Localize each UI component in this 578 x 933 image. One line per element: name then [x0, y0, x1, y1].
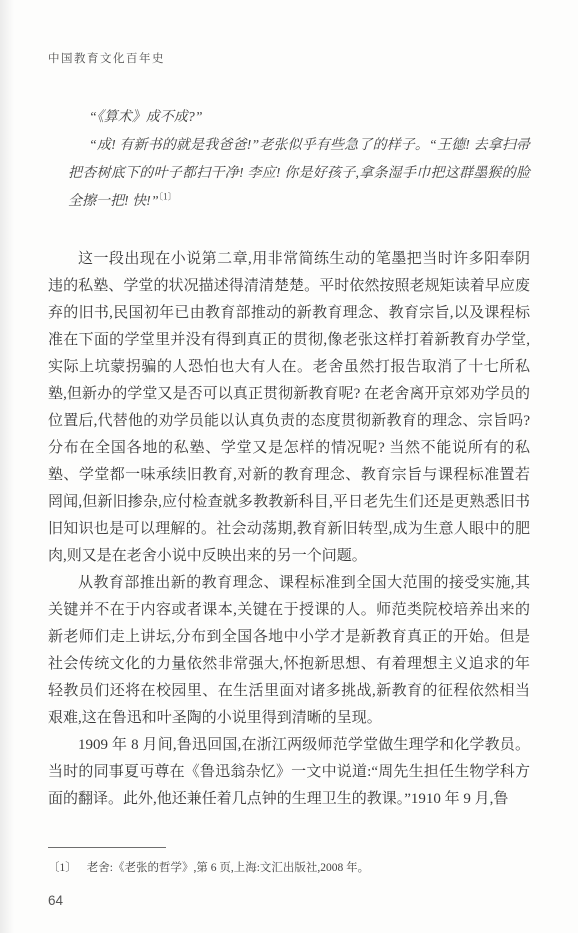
body-paragraph: 这一段出现在小说第二章,用非常简练生动的笔墨把当时许多阳奉阴违的私塾、学堂的状况…: [48, 246, 530, 570]
footnote-reference: 〔1〕: [159, 191, 177, 201]
footnote-divider: [48, 847, 166, 848]
footnote-marker: 〔1〕: [48, 860, 77, 876]
page-number: 64: [48, 893, 63, 908]
block-quote: “《算术》成不成?” “成! 有新书的就是我爸爸!”老张似乎有些急了的样子。“王…: [68, 104, 530, 216]
quote-text: “成! 有新书的就是我爸爸!”老张似乎有些急了的样子。“王德! 去拿扫帚把杏树底…: [68, 138, 530, 209]
body-paragraph: 从教育部推出新的教育理念、课程标准到全国大范围的接受实施,其关键并不在于内容或者…: [48, 570, 530, 732]
running-header: 中国教育文化百年史: [48, 50, 165, 66]
footnote-text: 老舍:《老张的哲学》,第 6 页,上海:文汇出版社,2008 年。: [87, 862, 369, 874]
book-page: 中国教育文化百年史 “《算术》成不成?” “成! 有新书的就是我爸爸!”老张似乎…: [0, 0, 578, 933]
body-paragraph: 1909 年 8 月间,鲁迅回国,在浙江两级师范学堂做生理学和化学教员。当时的同…: [48, 732, 530, 813]
footnote: 〔1〕老舍:《老张的哲学》,第 6 页,上海:文汇出版社,2008 年。: [48, 860, 530, 876]
body-text: 这一段出现在小说第二章,用非常简练生动的笔墨把当时许多阳奉阴违的私塾、学堂的状况…: [48, 246, 530, 813]
quote-paragraph: “《算术》成不成?”: [68, 104, 530, 132]
quote-text: “《算术》成不成?”: [89, 110, 203, 125]
quote-paragraph: “成! 有新书的就是我爸爸!”老张似乎有些急了的样子。“王德! 去拿扫帚把杏树底…: [68, 132, 530, 216]
